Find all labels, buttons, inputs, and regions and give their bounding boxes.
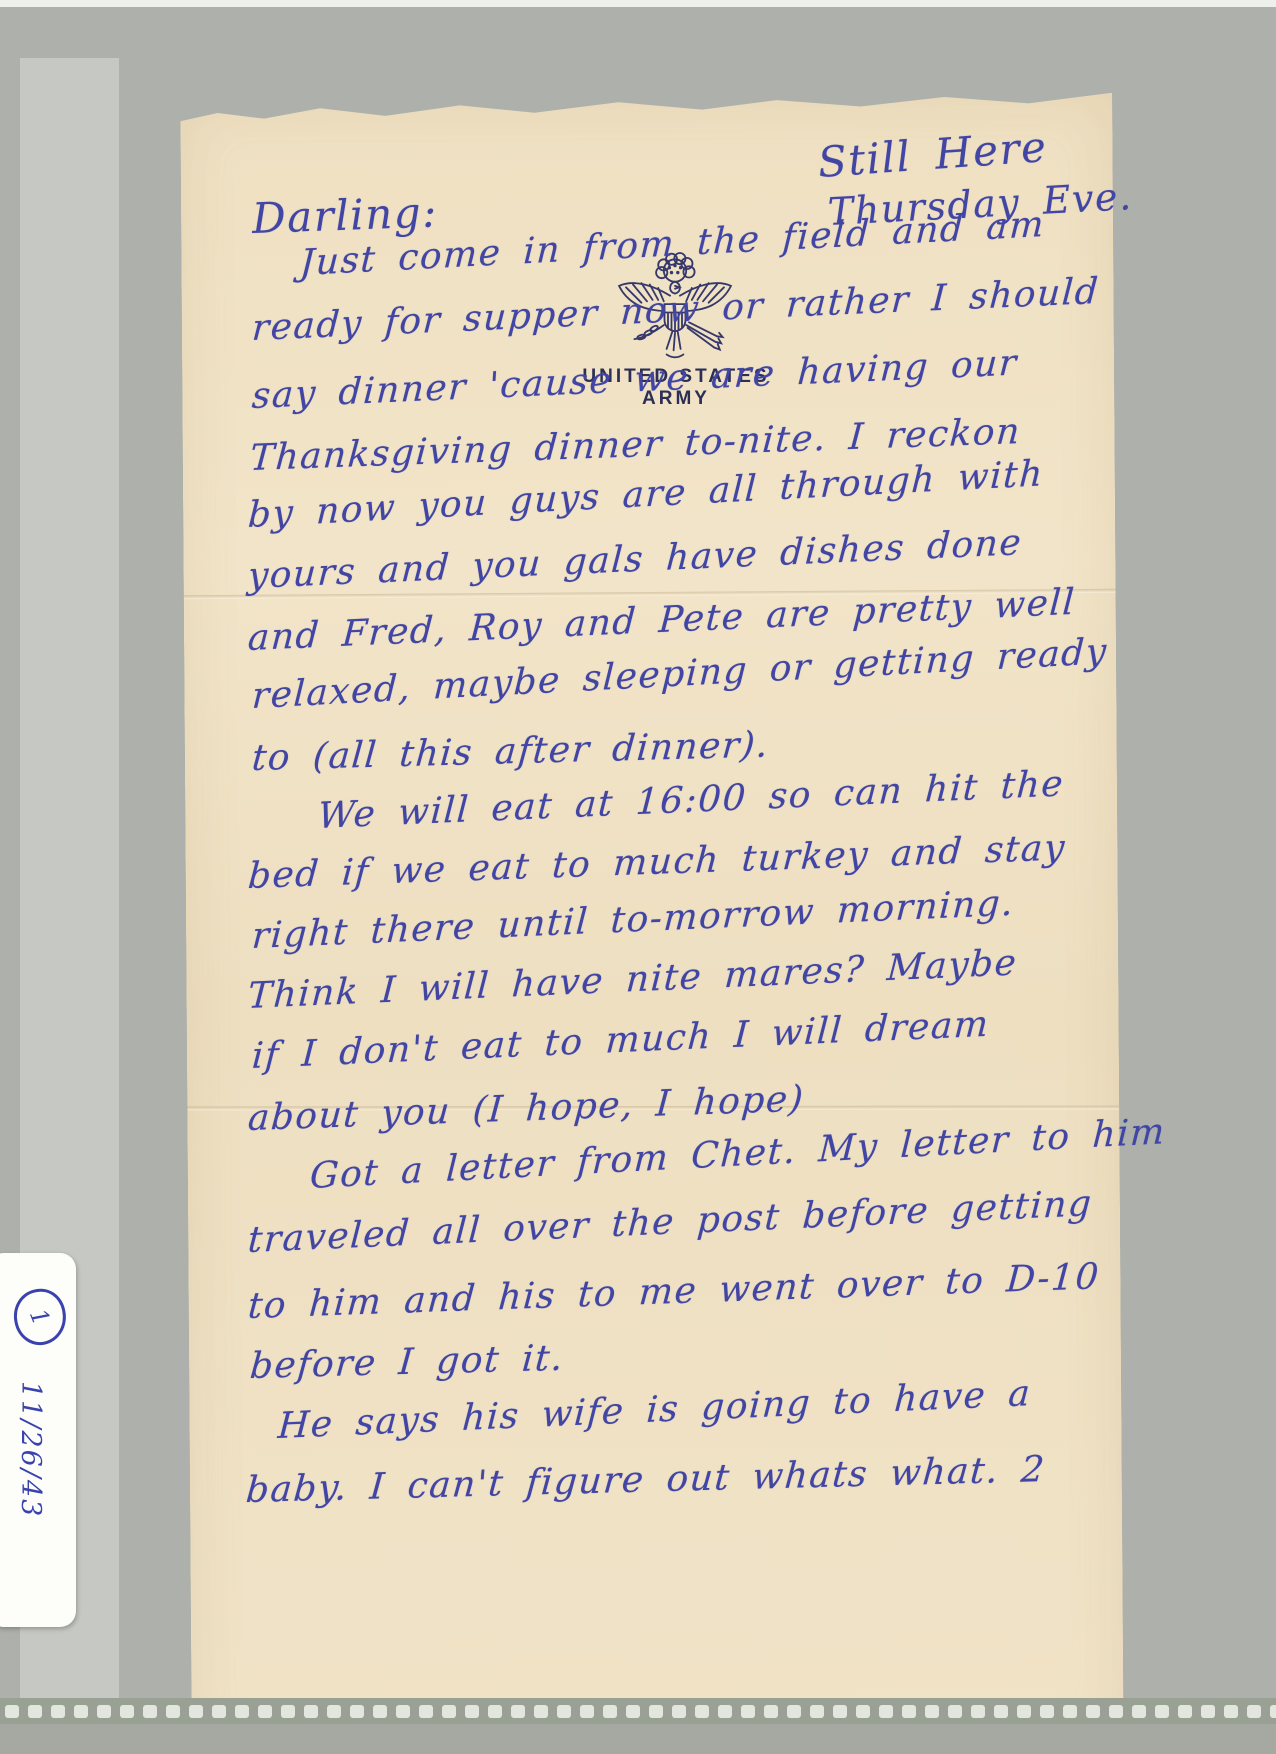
page-number: 1: [24, 1305, 56, 1330]
page-number-circled: 1: [9, 1284, 72, 1350]
scanner-top-edge: [0, 0, 1276, 7]
sleeve-perforation: [0, 1698, 1276, 1724]
archival-date: 11/26/43: [15, 1381, 46, 1518]
handwriting-line: before I got it.: [248, 1338, 565, 1387]
salutation: Darling:: [251, 188, 438, 243]
archival-label: 1 11/26/43: [0, 1253, 76, 1627]
scanned-letter-page: UNITED STATES ARMY Still Here Thursday E…: [0, 0, 1276, 1754]
sleeve-bottom-edge: [0, 1724, 1276, 1754]
